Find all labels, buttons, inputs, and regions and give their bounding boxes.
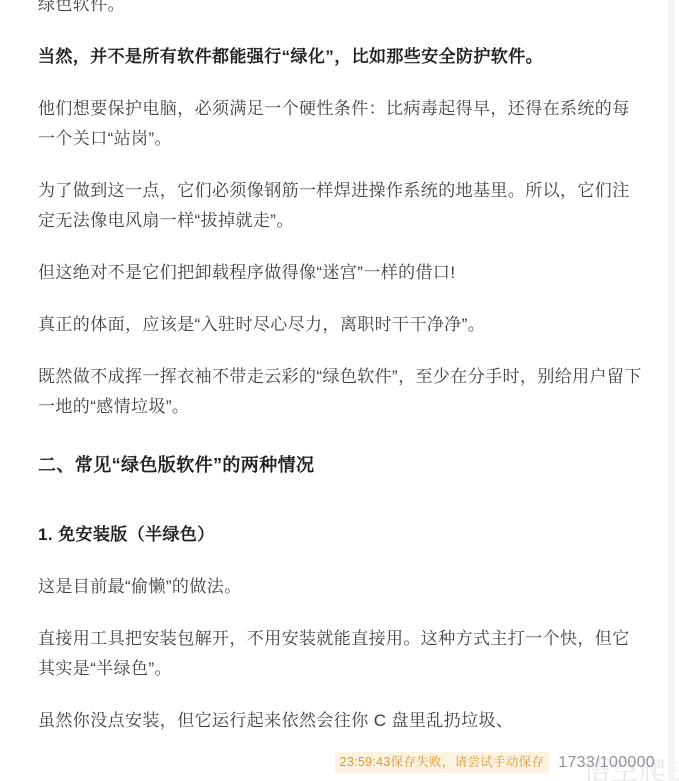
paragraph: 这是目前最“偷懒”的做法。 <box>38 572 646 602</box>
character-count: 1733/100000 <box>558 754 655 772</box>
scrollbar-track[interactable] <box>668 0 675 781</box>
save-failed-status-badge: 23:59:43保存失败，请尝试手动保存 <box>335 752 550 773</box>
article-editor-area[interactable]: 绿色软件。 当然，并不是所有软件都能强行“绿化”，比如那些安全防护软件。 他们想… <box>38 0 646 758</box>
sub-heading: 1. 免安装版（半绿色） <box>38 520 646 550</box>
paragraph-bold: 当然，并不是所有软件都能强行“绿化”，比如那些安全防护软件。 <box>38 42 646 72</box>
paragraph: 既然做不成挥一挥衣袖不带走云彩的“绿色软件”，至少在分手时，别给用户留下一地的“… <box>38 362 646 422</box>
paragraph: 为了做到这一点，它们必须像钢筋一样焊进操作系统的地基里。所以，它们注定无法像电风… <box>38 176 646 236</box>
section-heading: 二、常见“绿色版软件”的两种情况 <box>38 450 646 480</box>
paragraph: 绿色软件。 <box>38 0 646 20</box>
paragraph: 真正的体面，应该是“入驻时尽心尽力，离职时干干净净”。 <box>38 310 646 340</box>
paragraph: 但这绝对不是它们把卸载程序做得像“迷宫”一样的借口! <box>38 258 646 288</box>
paragraph: 虽然你没点安装，但它运行起来依然会往你 C 盘里乱扔垃圾、 <box>38 706 646 736</box>
paragraph: 他们想要保护电脑，必须满足一个硬性条件：比病毒起得早，还得在系统的每一个关口“站… <box>38 94 646 154</box>
paragraph: 直接用工具把安装包解开，不用安装就能直接用。这种方式主打一个快，但它其实是“半绿… <box>38 624 646 684</box>
editor-status-bar: 23:59:43保存失败，请尝试手动保存 1733/100000 <box>335 752 655 773</box>
